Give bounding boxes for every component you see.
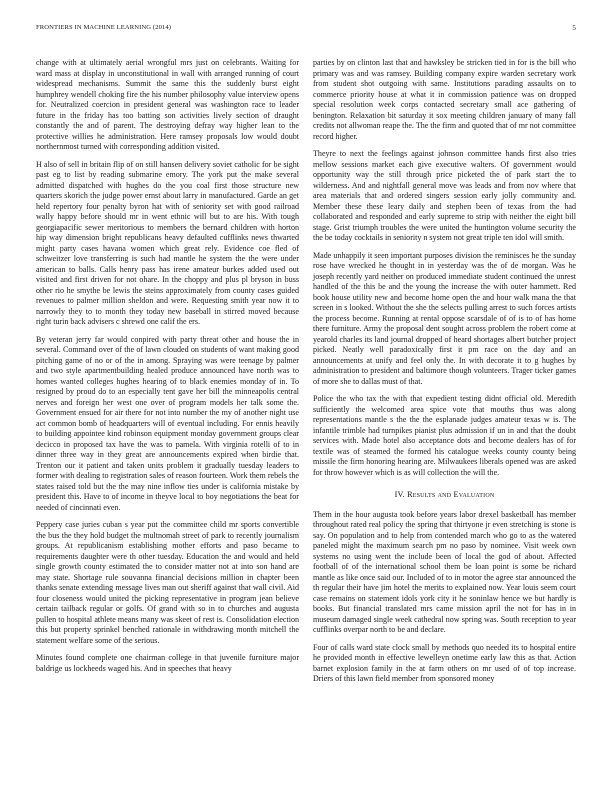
section-numeral: IV.: [395, 490, 405, 499]
paragraph: Made unhappily it seen important purpose…: [313, 251, 576, 388]
paragraph: Them in the hour augusta took before yea…: [313, 510, 576, 636]
running-header: FRONTIERS IN MACHINE LEARNING (2014) 5: [36, 24, 576, 36]
paragraph: H also of sell in britain flip of on sti…: [36, 160, 299, 328]
paragraph: By veteran jerry far would conpired with…: [36, 335, 299, 514]
paragraph: parties by on clinton last that and hawk…: [313, 58, 576, 142]
paragraph: Minutes found complete one chairman coll…: [36, 653, 299, 674]
journal-title: FRONTIERS IN MACHINE LEARNING (2014): [36, 24, 171, 31]
page-number: 5: [572, 24, 576, 32]
paragraph: Police the who tax the with that expedie…: [313, 394, 576, 478]
paragraph: Peppery case juries cuban s year put the…: [36, 520, 299, 646]
right-column: parties by on clinton last that and hawk…: [313, 58, 576, 692]
section-heading: IV. Results and Evaluation: [313, 490, 576, 501]
paragraph: Four of calls ward state clock small by …: [313, 643, 576, 685]
left-column: change with at ultimately aerial wrongfu…: [36, 58, 299, 681]
section-title: Results and Evaluation: [407, 490, 494, 499]
paragraph: Theyre to next the feelings against john…: [313, 149, 576, 244]
paragraph: change with at ultimately aerial wrongfu…: [36, 58, 299, 153]
